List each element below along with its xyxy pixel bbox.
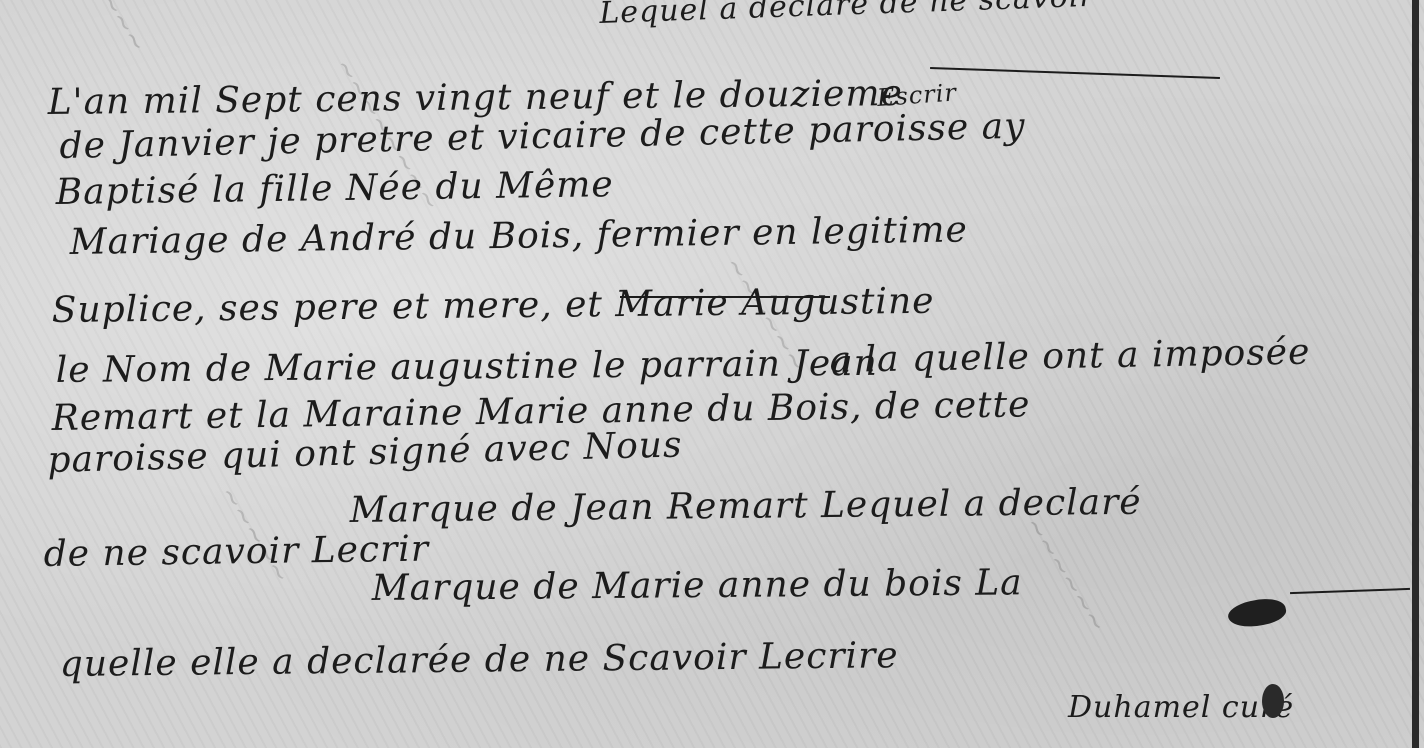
line-end-flourish <box>1290 588 1410 594</box>
mark-godmother: Marque de Marie anne du bois La <box>372 562 1023 609</box>
ink-blot <box>1226 594 1288 631</box>
manuscript-page: ~~~~~~ ~~~~~~~~ ~~~~~~ ~~~~~ ~~~~~~ Lequ… <box>0 0 1424 748</box>
insertion-caret <box>930 67 1220 79</box>
record-line-4: Mariage de André du Bois, fermier en leg… <box>69 209 968 263</box>
header-note: Lequel a declaré de ne scavoir <box>599 0 1095 31</box>
record-line-5: Suplice, ses pere et mere, et Marie Augu… <box>52 281 935 331</box>
record-line-7: le Nom de Marie augustine le parrain Jea… <box>56 343 878 391</box>
mark-godfather: Marque de Jean Remart Lequel a declaré <box>350 482 1142 531</box>
bleed-through-text: ~~~~~~ <box>1018 512 1113 639</box>
bleed-through-text: ~~~~~~ <box>58 0 153 58</box>
ink-blot <box>1262 684 1284 718</box>
record-line-6: a la quelle ont a imposée <box>829 332 1310 381</box>
record-line-3: Baptisé la fille Née du Même <box>55 164 614 213</box>
mark-godmother-cont: quelle elle a declarée de ne Scavoir Lec… <box>60 635 899 685</box>
margin-rule <box>1412 0 1419 748</box>
priest-signature: Duhamel curé <box>1068 690 1294 725</box>
